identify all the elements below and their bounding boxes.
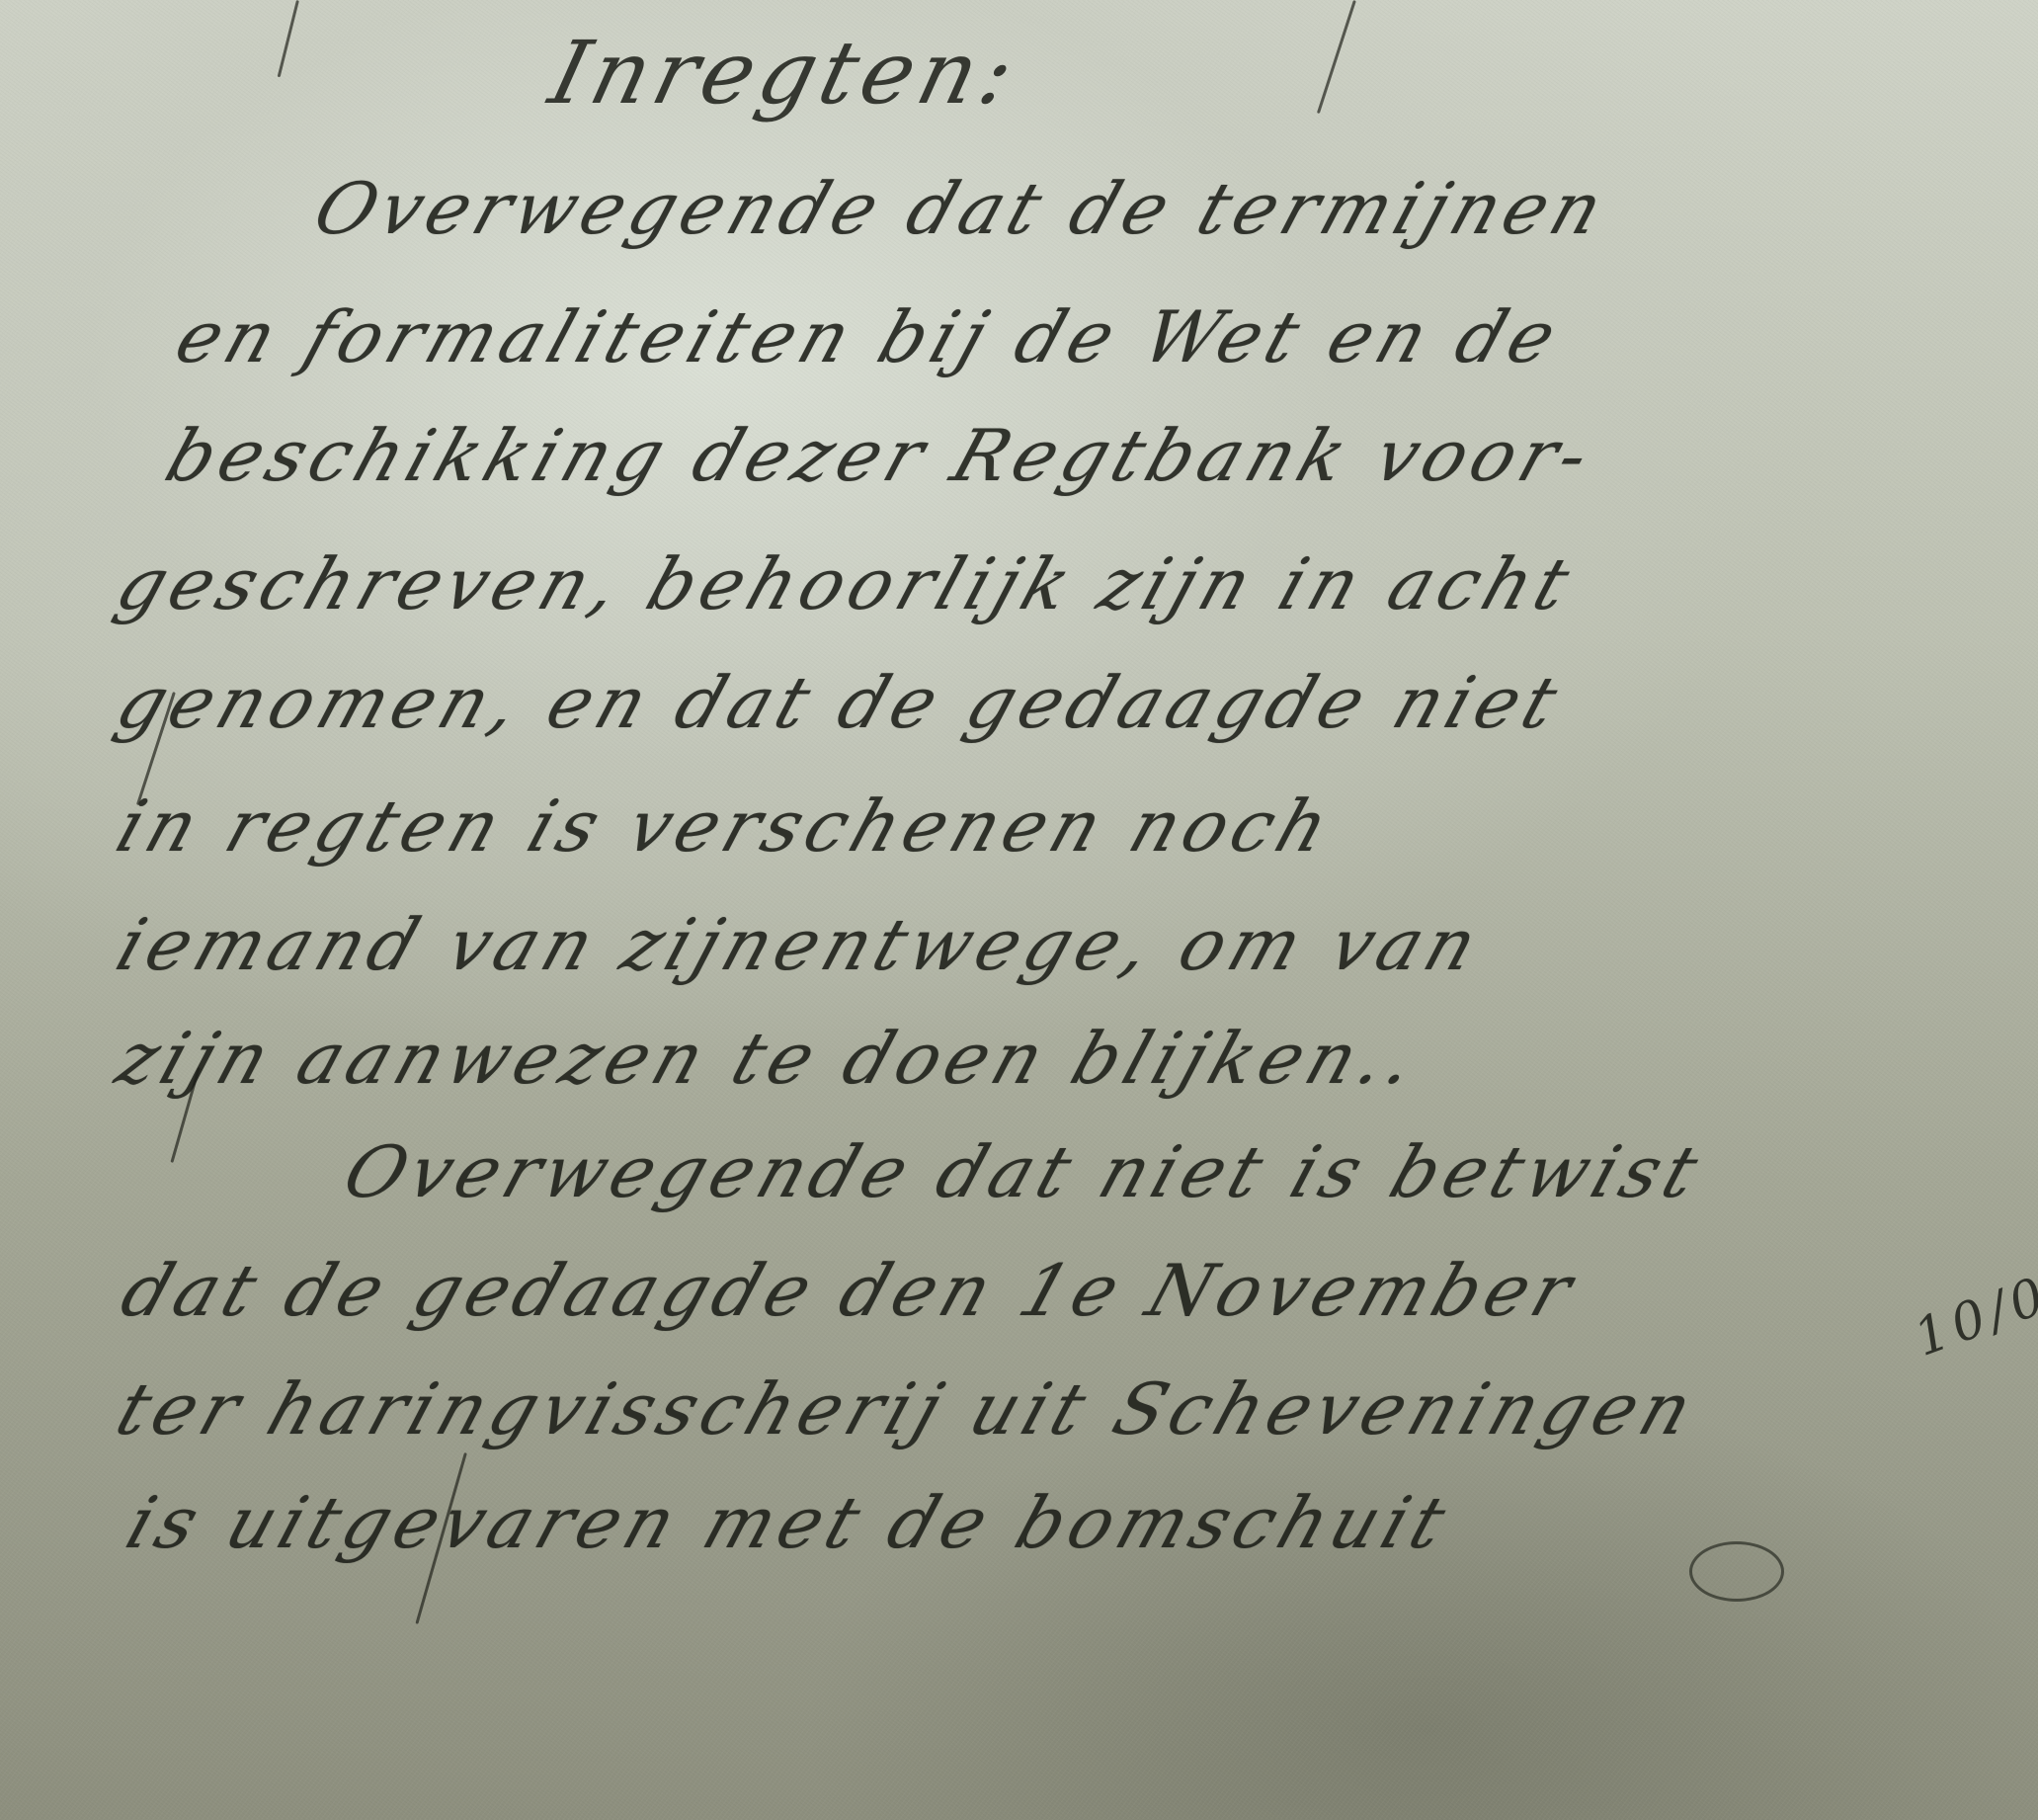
document-page: Inregten: Overwegende dat de termijnen e… bbox=[0, 0, 2038, 1820]
text-line-10: dat de gedaagde den 1e November bbox=[114, 1255, 1586, 1326]
text-line-7: iemand van zijnentwege, om van bbox=[109, 909, 1491, 980]
text-line-11: ter haringvisscherij uit Scheveningen bbox=[109, 1373, 1706, 1445]
margin-note: 10/00 bbox=[1909, 1256, 2038, 1365]
text-line-8: zijn aanwezen te doen blijken.. bbox=[109, 1023, 1429, 1094]
document-heading: Inregten: bbox=[542, 30, 1028, 117]
text-line-9: Overwegende dat niet is betwist bbox=[336, 1136, 1712, 1207]
handwritten-text: Inregten: Overwegende dat de termijnen e… bbox=[0, 0, 2038, 1820]
text-line-2: en formaliteiten bij de Wet en de bbox=[168, 301, 1570, 372]
text-line-12: is uitgevaren met de bomschuit bbox=[119, 1487, 1459, 1558]
text-line-5: genomen, en dat de gedaagde niet bbox=[109, 667, 1571, 738]
text-line-6: in regten is verschenen noch bbox=[109, 790, 1343, 862]
text-line-3: beschikking dezer Regtbank voor- bbox=[158, 420, 1603, 491]
text-line-1: Overwegende dat de termijnen bbox=[306, 173, 1616, 244]
text-line-4: geschreven, behoorlijk zijn in acht bbox=[109, 548, 1584, 620]
